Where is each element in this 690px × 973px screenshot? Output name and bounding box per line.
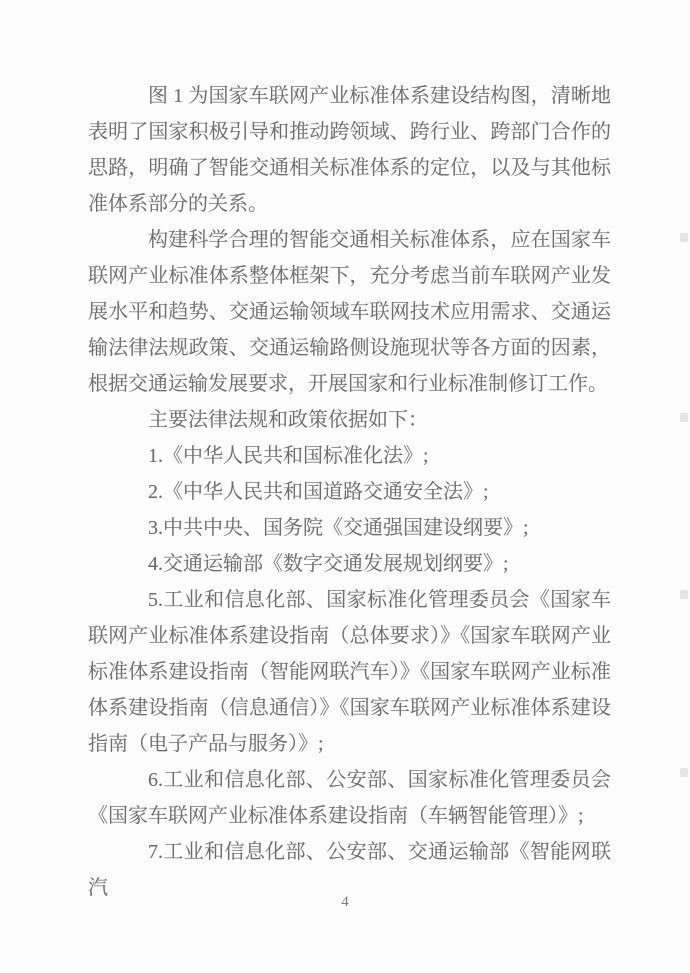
scan-artifact-mark — [680, 233, 688, 242]
list-item-5: 5.工业和信息化部、国家标准化管理委员会《国家车联网产业标准体系建设指南（总体要… — [88, 582, 611, 762]
paragraph: 主要法律法规和政策依据如下： — [88, 402, 611, 438]
list-item-2: 2.《中华人民共和国道路交通安全法》; — [88, 474, 611, 510]
paragraph: 图 1 为国家车联网产业标准体系建设结构图，清晰地表明了国家积极引导和推动跨领域… — [88, 78, 611, 222]
paragraph: 构建科学合理的智能交通相关标准体系，应在国家车联网产业标准体系整体框架下，充分考… — [88, 222, 611, 402]
scan-artifact-mark — [680, 413, 688, 422]
list-item-6: 6.工业和信息化部、公安部、国家标准化管理委员会《国家车联网产业标准体系建设指南… — [88, 762, 611, 834]
page-number: 4 — [0, 893, 690, 911]
document-body: 图 1 为国家车联网产业标准体系建设结构图，清晰地表明了国家积极引导和推动跨领域… — [88, 78, 611, 906]
scan-artifact-mark — [680, 768, 688, 777]
list-item-1: 1.《中华人民共和国标准化法》; — [88, 438, 611, 474]
list-item-4: 4.交通运输部《数字交通发展规划纲要》; — [88, 546, 611, 582]
scan-artifact-mark — [680, 590, 688, 599]
document-page: 图 1 为国家车联网产业标准体系建设结构图，清晰地表明了国家积极引导和推动跨领域… — [0, 0, 690, 973]
list-item-3: 3.中共中央、国务院《交通强国建设纲要》; — [88, 510, 611, 546]
